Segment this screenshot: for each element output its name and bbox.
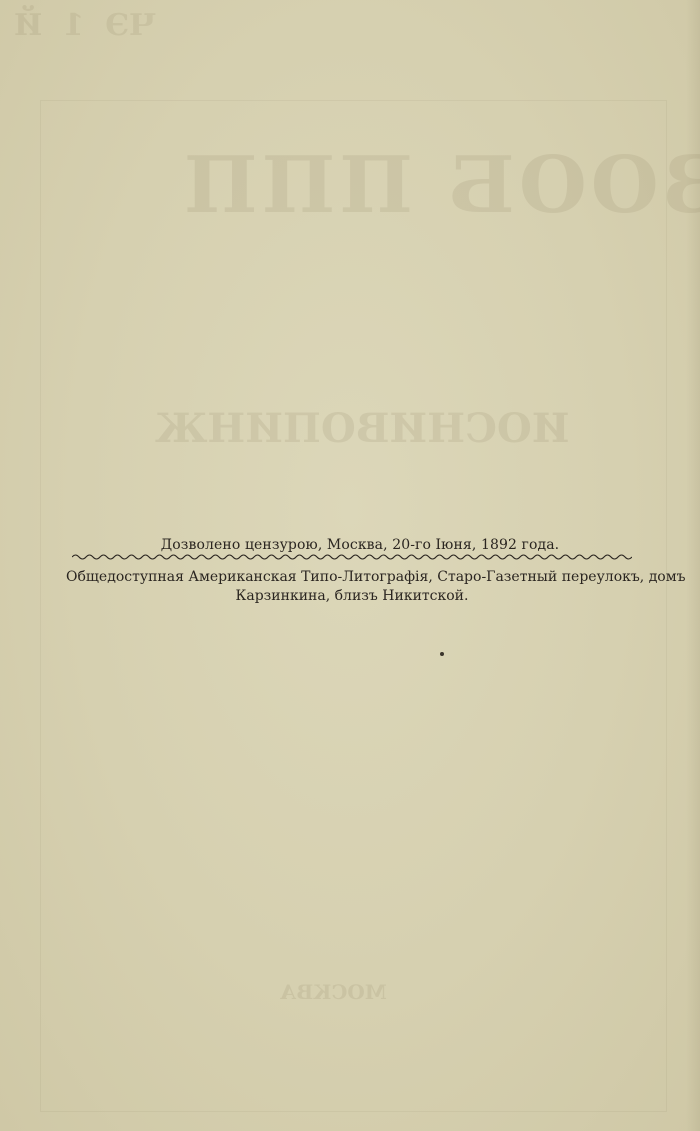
- wavy-divider: [72, 553, 632, 561]
- censorship-approval-text: Дозволено цензурою, Москва, 20-го Іюня, …: [60, 537, 660, 553]
- printer-imprint-line-2: Карзинкина, близъ Никитской.: [66, 587, 638, 606]
- printer-imprint-line-1: Общедоступная Американская Типо-Литограф…: [66, 568, 638, 587]
- document-page: ЧЭ 1 Й ЗООБ ППП ИОСНИВОПИНЖ МОСКВА Дозво…: [0, 0, 700, 1131]
- ink-speck: [440, 652, 444, 656]
- printer-imprint: Общедоступная Американская Типо-Литограф…: [66, 568, 638, 606]
- bleed-through-frame: [40, 100, 667, 1112]
- bleed-through-top-mark: ЧЭ 1 Й: [14, 8, 156, 43]
- page-edge-shadow: [686, 0, 700, 1131]
